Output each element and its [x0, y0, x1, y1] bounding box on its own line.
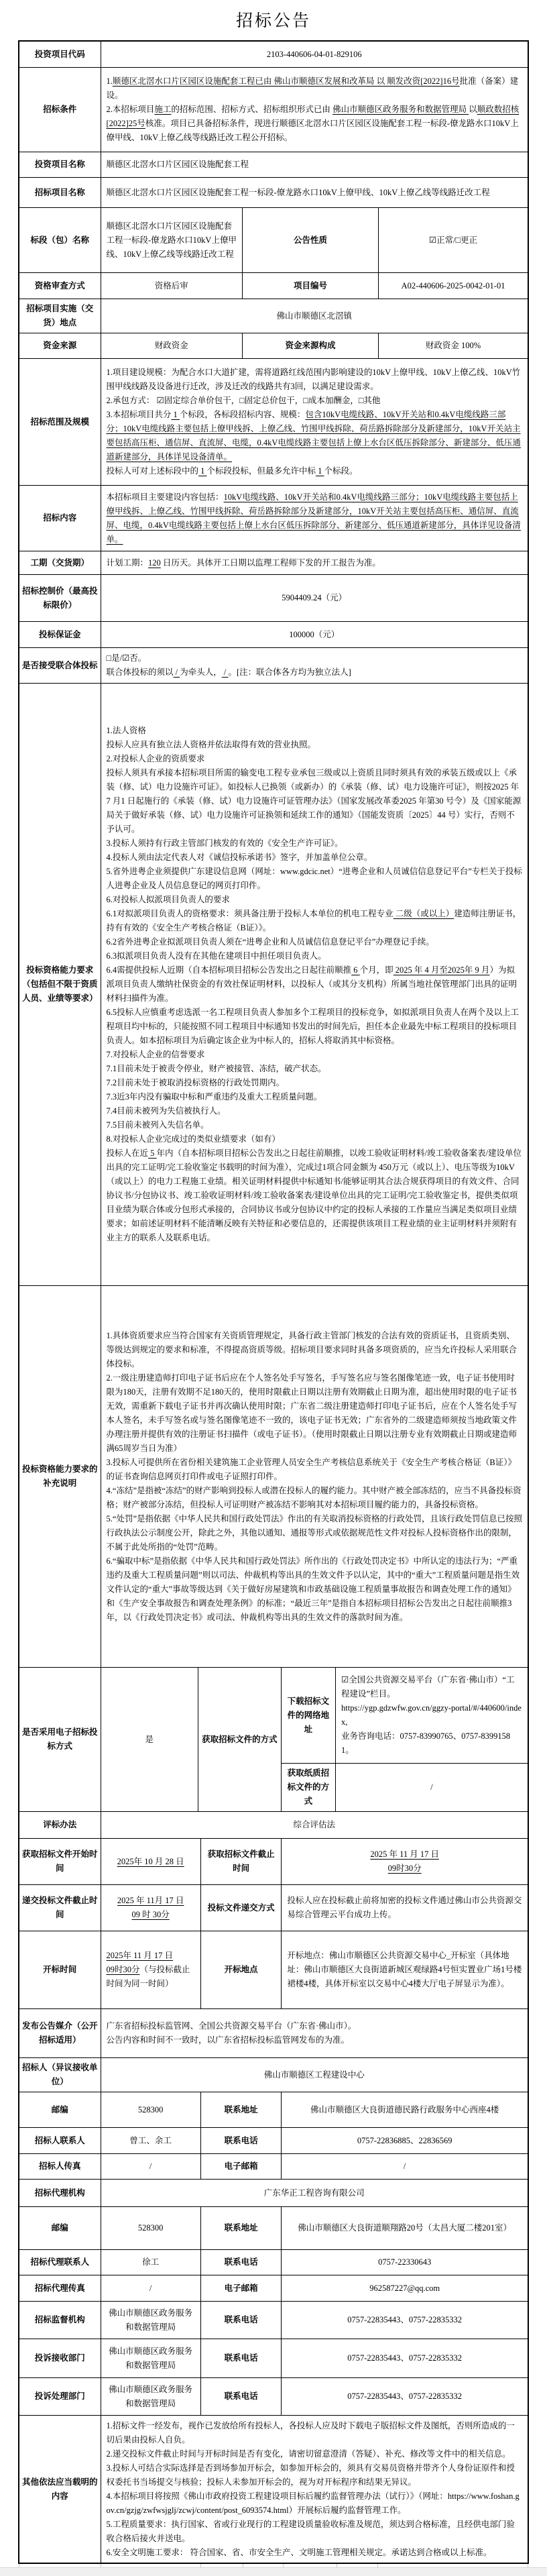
fund-source-label: 资金来源构成	[242, 333, 378, 358]
agency-fax-value-3: 962587227@qq.com	[281, 2275, 528, 2301]
announcement-media-label: 发布公告媒介（公开招标适用）	[19, 2009, 101, 2057]
tenderer-fax-value-1: /	[101, 2154, 200, 2179]
complaint-receiving-value-3: 0757-22835443、0757-22835332	[281, 2339, 528, 2377]
qualification-requirements-value-1: 1.法人资格投标人应具有独立法人资格并依法取得有效的营业执照。2.对投标人企业的…	[101, 684, 528, 1285]
agency-postcode-label: 邮编	[19, 2207, 101, 2249]
agency-contact-value-3: 0757-22330643	[281, 2250, 528, 2275]
complaint-handling-label: 联系电话	[200, 2378, 282, 2415]
row-submit-deadline: 递交投标文件截止时间2025 年 11月 17 日09 时 30分投标文件递交方…	[19, 1884, 528, 1931]
row-bid-bond: 投标保证金100000（元）	[19, 621, 528, 647]
row-tenderer: 招标人（异议接收单位）佛山市顺德区工程建设中心	[19, 2057, 528, 2092]
bid-opening-value-3: 开标地点：佛山市顺德区公共资源交易中心_开标室（具体地址：佛山市顺德区大良街道新…	[281, 1931, 528, 2008]
agency-postcode-label: 联系地址	[200, 2207, 282, 2249]
submit-deadline-value-3: 投标人应在投标截止前将加密的投标文件通过佛山市公共资源交易综合管理云平台成功上传…	[281, 1885, 528, 1931]
consortium-accepted-value-1: □是/☑否。联合体投标的须以 / 为牵头人， / 。[注：联合体各方均为独立法人…	[101, 648, 528, 683]
row-other-required-contents: 其他依法应当载明的内容1.招标文件一经发布，视作已发放给所有投标人，各投标人应及…	[19, 2415, 528, 2563]
fund-source-label: 资金来源	[19, 333, 101, 358]
row-qualification-review-method: 资格审查方式资格后审项目编号A02-440606-2025-0042-01-01	[19, 272, 528, 299]
delivery-place-value-1: 佛山市顺德区北滘镇	[101, 299, 528, 333]
agency-contact-label: 招标代理联系人	[19, 2250, 101, 2275]
tenderer-fax-value-3: /	[281, 2154, 528, 2179]
row-qualification-requirements: 投标资格能力要求（包括但不限于资质人员、业绩等要求）1.法人资格投标人应具有独立…	[19, 683, 528, 1285]
row-investment-project-name: 投资项目名称顺德区北滘水口片区园区设施配套工程	[19, 152, 528, 177]
investment-project-name-value-1: 顺德区北滘水口片区园区设施配套工程	[101, 152, 528, 177]
agency-postcode-value-1: 528300	[101, 2207, 200, 2249]
qualification-review-method-value-3: A02-440606-2025-0042-01-01	[378, 273, 528, 299]
page-title: 招标公告	[0, 0, 547, 40]
doc-obtain-time-value-3: 2025 年 11 月 17 日09时30分	[281, 1839, 528, 1884]
electronic-bidding-label: 是否采用电子招标投标方式	[19, 1668, 101, 1811]
complaint-handling-value-3: 0757-22835443、0757-22835332	[281, 2378, 528, 2415]
qualification-review-method-label: 项目编号	[242, 273, 378, 299]
row-control-price: 招标控制价（最高投标限价）5904409.24（元）	[19, 574, 528, 621]
bid-bond-label: 投标保证金	[19, 622, 101, 647]
tender-announcement-page: 招标公告 投资项目代码2103-440606-04-01-829106招标条件1…	[0, 0, 547, 2576]
agency-label: 招标代理机构	[19, 2180, 101, 2206]
section-package-name-label: 公告性质	[242, 208, 378, 272]
section-package-name-value-1: 顺德区北滘水口片区园区设施配套工程一标段-僚龙路水口10kV上僚甲线、10kV上…	[101, 208, 242, 272]
supervision-agency-value-3: 0757-22835443、0757-22835332	[281, 2302, 528, 2339]
complaint-handling-value-1: 佛山市顺德区政务服务和数据管理局	[101, 2378, 200, 2415]
row-tenderer-postcode: 邮编528300联系地址佛山市顺德区大良街道德民路行政服务中心西座4楼	[19, 2092, 528, 2127]
row-complaint-receiving: 投诉接收部门佛山市顺德区政务服务和数据管理局联系电话0757-22835443、…	[19, 2339, 528, 2377]
delivery-place-label: 招标项目实施（交货）地点	[19, 299, 101, 333]
qualification-requirements-label: 投标资格能力要求（包括但不限于资质人员、业绩等要求）	[19, 684, 101, 1285]
investment-project-code-value-1: 2103-440606-04-01-829106	[101, 42, 528, 67]
supervision-agency-label: 招标监督机构	[19, 2302, 101, 2339]
electronic-bidding-sub0-label: 下载招标文件的网络地址	[282, 1668, 335, 1763]
bid-opening-value-1: 2025年 11 月 17 日09时30分（与投标截止时间为同一时间）	[101, 1931, 200, 2008]
complaint-handling-label: 投诉处理部门	[19, 2378, 101, 2415]
fund-source-value-1: 财政资金	[101, 333, 242, 358]
row-announcement-media: 发布公告媒介（公开招标适用）广东省招标投标监管网、全国公共资源交易平台（广东省·…	[19, 2008, 528, 2057]
qualification-supplement-value-1: 1.具体资质要求应当符合国家有关资质管理规定，具备行政主管部门核发的合法有效的资…	[101, 1286, 528, 1667]
tender-conditions-label: 招标条件	[19, 68, 101, 152]
tenderer-contact-label: 联系电话	[200, 2128, 282, 2153]
supervision-agency-value-1: 佛山市顺德区政务服务和数据管理局	[101, 2302, 200, 2339]
control-price-value-1: 5904409.24（元）	[101, 575, 528, 621]
electronic-bidding-value-1: 是	[101, 1668, 198, 1811]
electronic-bidding-sub1-label: 获取纸质招标文件的方式	[282, 1764, 335, 1811]
control-price-label: 招标控制价（最高投标限价）	[19, 575, 101, 621]
tender-project-name-value-1: 顺德区北滘水口片区园区设施配套工程一标段-僚龙路水口10kV上僚甲线、10kV上…	[101, 178, 528, 207]
investment-project-code-label: 投资项目代码	[19, 42, 101, 67]
row-tender-conditions: 招标条件1.顺德区北滘水口片区园区设施配套工程已由 佛山市顺德区发展和改革局 以…	[19, 67, 528, 152]
row-consortium-accepted: 是否接受联合体投标□是/☑否。联合体投标的须以 / 为牵头人， / 。[注：联合…	[19, 647, 528, 683]
agency-fax-label: 招标代理传真	[19, 2275, 101, 2301]
agency-fax-label: 电子邮箱	[200, 2275, 282, 2301]
row-complaint-handling: 投诉处理部门佛山市顺德区政务服务和数据管理局联系电话0757-22835443、…	[19, 2377, 528, 2415]
electronic-bidding-label: 获取招标文件的方式	[198, 1668, 281, 1811]
electronic-bidding-sub1-value-1: /	[335, 1764, 528, 1811]
tenderer-fax-label: 招标人传真	[19, 2154, 101, 2179]
electronic-bidding-value-3: 下载招标文件的网络地址☑全国公共资源交易平台（广东省·佛山市）“工程建设”栏目。…	[281, 1668, 528, 1811]
tenderer-postcode-value-1: 528300	[101, 2092, 200, 2127]
bid-opening-label: 开标时间	[19, 1931, 101, 2008]
doc-obtain-time-label: 获取招标文件截止时间	[200, 1839, 282, 1884]
row-evaluation-method: 评标办法综合评估法	[19, 1811, 528, 1838]
fund-source-value-3: 财政资金 100%	[378, 333, 528, 358]
qualification-review-method-label: 资格审查方式	[19, 273, 101, 299]
section-package-name-label: 标段（包）名称	[19, 208, 101, 272]
agency-postcode-value-3: 佛山市顺德区大良街道顺翔路20号（太昌大厦二楼201室）	[281, 2207, 528, 2249]
tenderer-value-1: 佛山市顺德区工程建设中心	[101, 2058, 528, 2092]
row-section-package-name: 标段（包）名称顺德区北滘水口片区园区设施配套工程一标段-僚龙路水口10kV上僚甲…	[19, 207, 528, 272]
agency-contact-value-1: 徐工	[101, 2250, 200, 2275]
doc-obtain-time-value-1: 2025年 10 月 28 日	[101, 1839, 200, 1884]
row-bid-opening: 开标时间2025年 11 月 17 日09时30分（与投标截止时间为同一时间）开…	[19, 1931, 528, 2008]
row-supervision-agency: 招标监督机构佛山市顺德区政务服务和数据管理局联系电话0757-22835443、…	[19, 2301, 528, 2339]
row-agency: 招标代理机构广东华正工程咨询有限公司	[19, 2179, 528, 2206]
other-required-contents-label: 其他依法应当载明的内容	[19, 2416, 101, 2563]
tender-content-label: 招标内容	[19, 486, 101, 551]
agency-contact-label: 联系电话	[200, 2250, 282, 2275]
tenderer-postcode-value-3: 佛山市顺德区大良街道德民路行政服务中心西座4楼	[281, 2092, 528, 2127]
other-required-contents-value-1: 1.招标文件一经发布，视作已发放给所有投标人，各投标人应及时下载电子版招标文件及…	[101, 2416, 528, 2563]
electronic-bidding-subrow-0: 下载招标文件的网络地址☑全国公共资源交易平台（广东省·佛山市）“工程建设”栏目。…	[282, 1668, 528, 1763]
duration-label: 工期（交货期）	[19, 551, 101, 574]
announcement-media-value-1: 广东省招标投标监管网、全国公共资源交易平台（广东省·佛山市）。公告内容和时间不一…	[101, 2009, 528, 2057]
submit-deadline-value-1: 2025 年 11月 17 日09 时 30分	[101, 1885, 200, 1931]
doc-obtain-time-label: 获取招标文件开始时间	[19, 1839, 101, 1884]
investment-project-name-label: 投资项目名称	[19, 152, 101, 177]
tenderer-fax-label: 电子邮箱	[200, 2154, 282, 2179]
row-doc-obtain-time: 获取招标文件开始时间2025年 10 月 28 日获取招标文件截止时间2025 …	[19, 1838, 528, 1884]
tenderer-contact-label: 招标人联系人	[19, 2128, 101, 2153]
footer-strip	[0, 2567, 547, 2576]
tenderer-label: 招标人（异议接收单位）	[19, 2058, 101, 2092]
row-agency-fax: 招标代理传真/电子邮箱962587227@qq.com	[19, 2275, 528, 2301]
duration-value-1: 计划工期：120 日历天。具体开工日期以监理工程师下发的开工报告为准。	[101, 551, 528, 574]
tender-scope-scale-value-1: 1.项目建设规模：为配合水口大道扩建，需将道路红线范围内影响建设的10kV上僚甲…	[101, 359, 528, 485]
electronic-bidding-subrow-1: 获取纸质招标文件的方式/	[282, 1763, 528, 1811]
tenderer-contact-value-1: 曾工、余工	[101, 2128, 200, 2153]
complaint-receiving-value-1: 佛山市顺德区政务服务和数据管理局	[101, 2339, 200, 2377]
qualification-review-method-value-1: 资格后审	[101, 273, 242, 299]
submit-deadline-label: 递交投标文件截止时间	[19, 1885, 101, 1931]
row-agency-contact: 招标代理联系人徐工联系电话0757-22330643	[19, 2249, 528, 2275]
tender-conditions-value-1: 1.顺德区北滘水口片区园区设施配套工程已由 佛山市顺德区发展和改革局 以 顺发改…	[101, 68, 528, 152]
row-agency-postcode: 邮编528300联系地址佛山市顺德区大良街道顺翔路20号（太昌大厦二楼201室）	[19, 2206, 528, 2249]
consortium-accepted-label: 是否接受联合体投标	[19, 648, 101, 683]
tender-content-value-1: 本招标项目主要建设内容包括：10kV电缆线路、10kV开关站和0.4kV电缆线路…	[101, 486, 528, 551]
complaint-receiving-label: 投诉接收部门	[19, 2339, 101, 2377]
row-tenderer-contact: 招标人联系人曾工、余工联系电话0757-22836885、22836569	[19, 2127, 528, 2153]
section-package-name-value-3: ☑正常/□更正	[378, 208, 528, 272]
tender-scope-scale-label: 招标范围及规模	[19, 359, 101, 485]
row-tender-project-name: 招标项目名称顺德区北滘水口片区园区设施配套工程一标段-僚龙路水口10kV上僚甲线…	[19, 177, 528, 207]
agency-value-1: 广东华正工程咨询有限公司	[101, 2180, 528, 2206]
tender-project-name-label: 招标项目名称	[19, 178, 101, 207]
row-tender-content: 招标内容本招标项目主要建设内容包括：10kV电缆线路、10kV开关站和0.4kV…	[19, 485, 528, 551]
evaluation-method-value-1: 综合评估法	[101, 1812, 528, 1838]
tenderer-postcode-label: 联系地址	[200, 2092, 282, 2127]
row-electronic-bidding: 是否采用电子招标投标方式是获取招标文件的方式下载招标文件的网络地址☑全国公共资源…	[19, 1667, 528, 1811]
row-investment-project-code: 投资项目代码2103-440606-04-01-829106	[19, 42, 528, 67]
row-delivery-place: 招标项目实施（交货）地点佛山市顺德区北滘镇	[19, 299, 528, 333]
bid-bond-value-1: 100000（元）	[101, 622, 528, 647]
row-duration: 工期（交货期）计划工期：120 日历天。具体开工日期以监理工程师下发的开工报告为…	[19, 551, 528, 574]
tender-announcement-table: 投资项目代码2103-440606-04-01-829106招标条件1.顺德区北…	[18, 40, 529, 2564]
row-tenderer-fax: 招标人传真/电子邮箱/	[19, 2153, 528, 2179]
qualification-supplement-label: 投标资格能力要求的补充说明	[19, 1286, 101, 1667]
row-tender-scope-scale: 招标范围及规模1.项目建设规模：为配合水口大道扩建，需将道路红线范围内影响建设的…	[19, 358, 528, 485]
electronic-bidding-sub0-value-1: ☑全国公共资源交易平台（广东省·佛山市）“工程建设”栏目。https://ygp…	[335, 1668, 528, 1763]
tenderer-contact-value-3: 0757-22836885、22836569	[281, 2128, 528, 2153]
evaluation-method-label: 评标办法	[19, 1812, 101, 1838]
tenderer-postcode-label: 邮编	[19, 2092, 101, 2127]
row-qualification-supplement: 投标资格能力要求的补充说明1.具体资质要求应当符合国家有关资质管理规定，具备行政…	[19, 1285, 528, 1667]
complaint-receiving-label: 联系电话	[200, 2339, 282, 2377]
submit-deadline-label: 投标文件递交方式	[200, 1885, 282, 1931]
supervision-agency-label: 联系电话	[200, 2302, 282, 2339]
bid-opening-label: 开标地点	[200, 1931, 282, 2008]
row-fund-source: 资金来源财政资金资金来源构成财政资金 100%	[19, 333, 528, 358]
agency-fax-value-1: /	[101, 2275, 200, 2301]
